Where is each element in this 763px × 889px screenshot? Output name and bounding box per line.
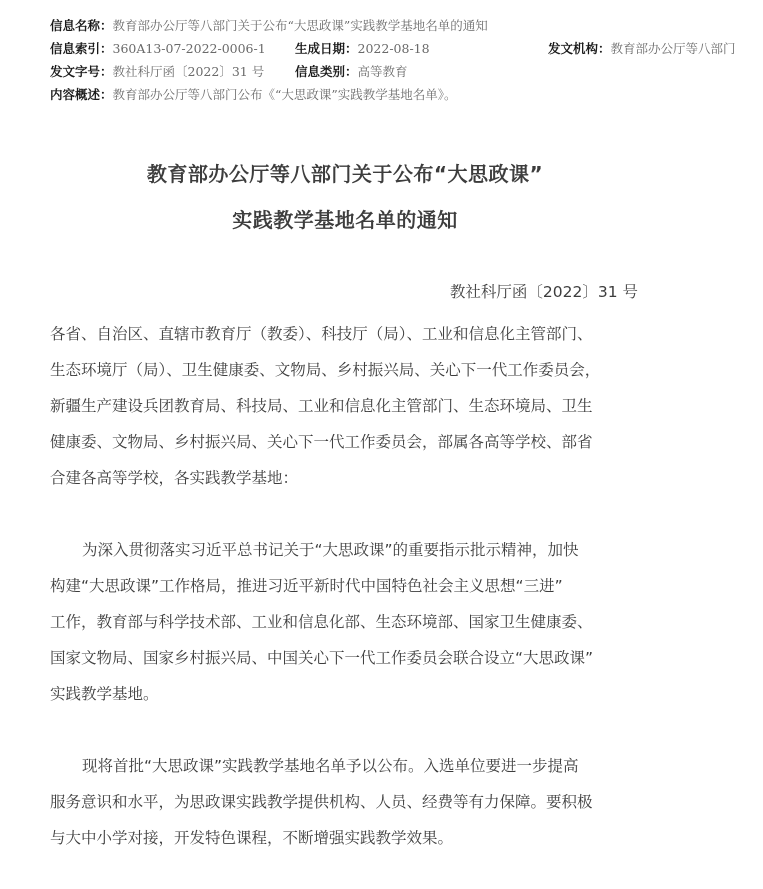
addressee-line: 生态环境厅（局）、卫生健康委、文物局、乡村振兴局、关心下一代工作委员会， xyxy=(50,352,640,388)
addressee-block: 各省、自治区、直辖市教育厅（教委）、科技厅（局）、工业和信息化主管部门、 生态环… xyxy=(50,316,640,496)
info-docno-value: 教社科厅函〔2022〕31 号 xyxy=(113,64,265,79)
addressee-line: 各省、自治区、直辖市教育厅（教委）、科技厅（局）、工业和信息化主管部门、 xyxy=(50,316,640,352)
paragraph-line: 与大中小学对接，开发特色课程，不断增强实践教学效果。 xyxy=(50,820,640,856)
info-name-value: 教育部办公厅等八部门关于公布“大思政课”实践教学基地名单的通知 xyxy=(113,18,488,33)
document-title-line-2: 实践教学基地名单的通知 xyxy=(0,204,690,233)
info-category-label: 信息类别： xyxy=(295,64,358,79)
paragraph-line: 实践教学基地。 xyxy=(50,676,640,712)
document-title-line-1: 教育部办公厅等八部门关于公布“大思政课” xyxy=(0,158,690,187)
paragraph-1: 为深入贯彻落实习近平总书记关于“大思政课”的重要指示批示精神，加快 构建“大思政… xyxy=(50,532,640,712)
info-issuer-label: 发文机构： xyxy=(548,41,611,56)
info-issuer: 发文机构：教育部办公厅等八部门 xyxy=(548,37,736,60)
document-metadata: 信息名称：教育部办公厅等八部门关于公布“大思政课”实践教学基地名单的通知 信息索… xyxy=(50,14,763,106)
info-index-label: 信息索引： xyxy=(50,41,113,56)
addressee-line: 新疆生产建设兵团教育局、科技局、工业和信息化主管部门、生态环境局、卫生 xyxy=(50,388,640,424)
paragraph-2: 现将首批“大思政课”实践教学基地名单予以公布。入选单位要进一步提高 服务意识和水… xyxy=(50,748,640,856)
meta-row-index: 信息索引：360A13-07-2022-0006-1 生成日期：2022-08-… xyxy=(50,37,763,60)
meta-row-docno: 发文字号：教社科厅函〔2022〕31 号 信息类别：高等教育 xyxy=(50,60,763,83)
info-date: 生成日期：2022-08-18 xyxy=(295,37,430,60)
addressee-line: 合建各高等学校，各实践教学基地： xyxy=(50,460,640,496)
paragraph-line: 现将首批“大思政课”实践教学基地名单予以公布。入选单位要进一步提高 xyxy=(50,748,640,784)
info-issuer-value: 教育部办公厅等八部门 xyxy=(611,41,736,56)
document-number: 教社科厅函〔2022〕31 号 xyxy=(450,280,638,302)
info-category-value: 高等教育 xyxy=(358,64,408,79)
paragraph-line: 构建“大思政课”工作格局，推进习近平新时代中国特色社会主义思想“三进” xyxy=(50,568,640,604)
paragraph-line: 工作，教育部与科学技术部、工业和信息化部、生态环境部、国家卫生健康委、 xyxy=(50,604,640,640)
info-date-value: 2022-08-18 xyxy=(358,41,430,56)
info-docno: 发文字号：教社科厅函〔2022〕31 号 xyxy=(50,60,264,83)
meta-row-name: 信息名称：教育部办公厅等八部门关于公布“大思政课”实践教学基地名单的通知 xyxy=(50,14,763,37)
info-index-value: 360A13-07-2022-0006-1 xyxy=(113,41,266,56)
info-summary-label: 内容概述： xyxy=(50,87,113,102)
info-category: 信息类别：高等教育 xyxy=(295,60,408,83)
paragraph-line: 服务意识和水平，为思政课实践教学提供机构、人员、经费等有力保障。要积极 xyxy=(50,784,640,820)
paragraph-line: 为深入贯彻落实习近平总书记关于“大思政课”的重要指示批示精神，加快 xyxy=(50,532,640,568)
meta-row-summary: 内容概述：教育部办公厅等八部门公布《“大思政课”实践教学基地名单》。 xyxy=(50,83,763,106)
paragraph-line: 国家文物局、国家乡村振兴局、中国关心下一代工作委员会联合设立“大思政课” xyxy=(50,640,640,676)
info-docno-label: 发文字号： xyxy=(50,64,113,79)
info-index: 信息索引：360A13-07-2022-0006-1 xyxy=(50,37,266,60)
addressee-line: 健康委、文物局、乡村振兴局、关心下一代工作委员会，部属各高等学校、部省 xyxy=(50,424,640,460)
info-summary-value: 教育部办公厅等八部门公布《“大思政课”实践教学基地名单》。 xyxy=(113,87,457,102)
info-date-label: 生成日期： xyxy=(295,41,358,56)
info-name-label: 信息名称： xyxy=(50,18,113,33)
